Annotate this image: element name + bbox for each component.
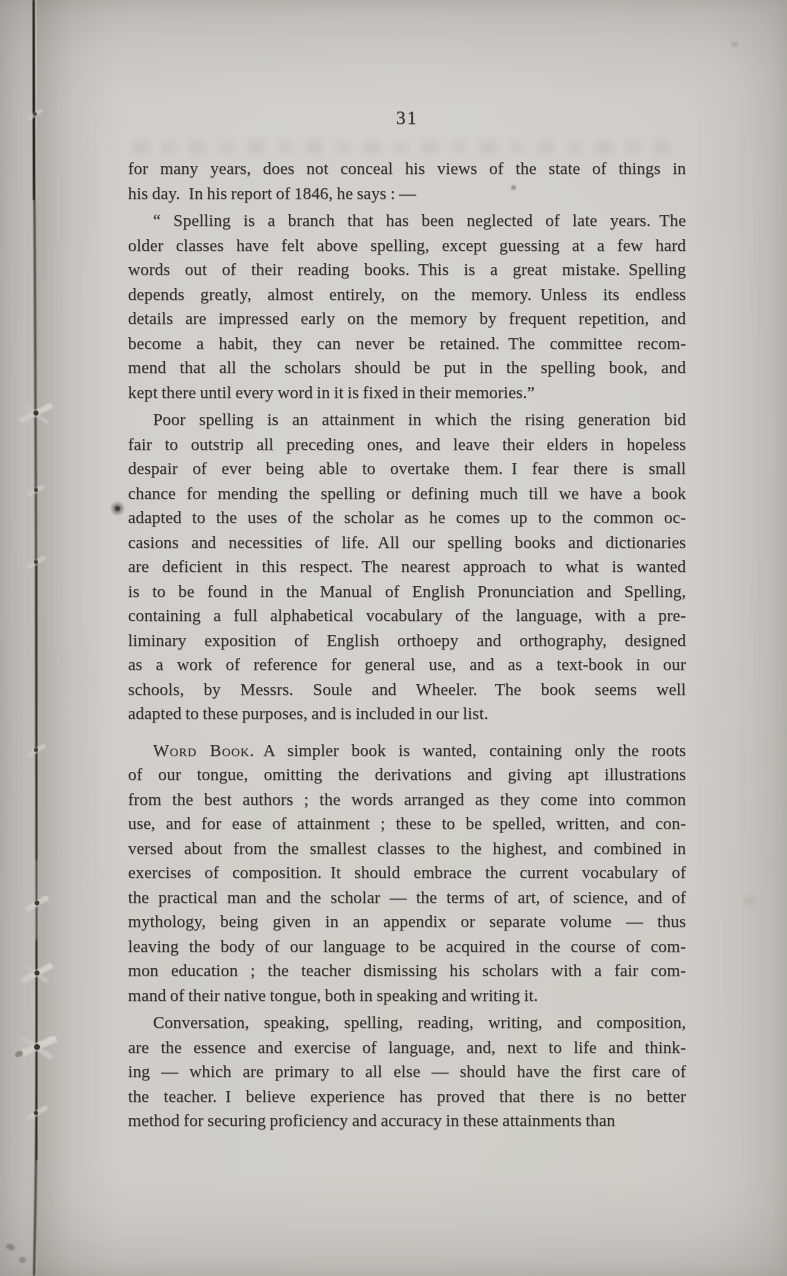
text-line: Word Book. A simpler book is wanted, con… — [128, 739, 686, 764]
text-line: are the essence and exercise of language… — [128, 1036, 686, 1061]
text-line: is to be found in the Manual of English … — [128, 580, 686, 605]
para-poor-spelling: Poor spelling is an attainment in which … — [128, 408, 686, 727]
text-line: liminary exposition of English orthoepy … — [128, 629, 686, 654]
text-line: despair of ever being able to overtake t… — [128, 457, 686, 482]
page-body: for many years, does not conceal his vie… — [128, 157, 686, 1134]
text-line: “ Spelling is a branch that has been neg… — [128, 209, 686, 234]
text-line: mon education ; the teacher dismissing h… — [128, 959, 686, 984]
text-line: details are impressed early on the memor… — [128, 307, 686, 332]
text-line: exercises of composition. It should embr… — [128, 861, 686, 886]
text-line: the teacher. I believe experience has pr… — [128, 1085, 686, 1110]
text-line: the practical man and the scholar — the … — [128, 886, 686, 911]
text-line: mend that all the scholars should be put… — [128, 356, 686, 381]
ink-speck — [731, 42, 738, 47]
text-line: mand of their native tongue, both in spe… — [128, 984, 686, 1009]
text-line: from the best authors ; the words arrang… — [128, 788, 686, 813]
text-line: schools, by Messrs. Soule and Wheeler. T… — [128, 678, 686, 703]
text-line: chance for mending the spelling or defin… — [128, 482, 686, 507]
text-line: fair to outstrip all preceding ones, and… — [128, 433, 686, 458]
text-line: as a work of reference for general use, … — [128, 653, 686, 678]
ink-showthrough — [132, 141, 672, 154]
para-conversation: Conversation, speaking, spelling, readin… — [128, 1011, 686, 1134]
text-line: mythology, being given in an appendix or… — [128, 910, 686, 935]
text-line: ing — which are primary to all else — sh… — [128, 1060, 686, 1085]
text-line: older classes have felt above spelling, … — [128, 234, 686, 259]
binding-crease-dark-low — [36, 560, 37, 860]
text-line: kept there until every word in it is fix… — [128, 381, 686, 406]
book-binding-gutter — [0, 0, 90, 1276]
binding-crease-dark-top — [33, 0, 35, 200]
paragraph-lead-smallcaps: Word Book. — [153, 741, 254, 760]
text-line: for many years, does not conceal his vie… — [128, 157, 686, 182]
ink-speck — [110, 501, 125, 516]
text-line: Conversation, speaking, spelling, readin… — [128, 1011, 686, 1036]
text-line: depends greatly, almost entirely, on the… — [128, 283, 686, 308]
para-word-book: Word Book. A simpler book is wanted, con… — [128, 739, 686, 1009]
text-line: words out of their reading books. This i… — [128, 258, 686, 283]
text-line: use, and for ease of attainment ; these … — [128, 812, 686, 837]
text-line: adapted to the uses of the scholar as he… — [128, 506, 686, 531]
text-line: adapted to these purposes, and is includ… — [128, 702, 686, 727]
paper-smudge — [744, 896, 756, 906]
text-line: versed about from the smallest classes t… — [128, 837, 686, 862]
para-continuation: for many years, does not conceal his vie… — [128, 157, 686, 206]
text-line: casions and necessities of life. All our… — [128, 531, 686, 556]
text-line: containing a full alphabetical vocabular… — [128, 604, 686, 629]
text-line: become a habit, they can never be retain… — [128, 332, 686, 357]
text-line: Poor spelling is an attainment in which … — [128, 408, 686, 433]
page-number: 31 — [128, 108, 686, 130]
text-line: are deficient in this respect. The neare… — [128, 555, 686, 580]
text-line: of our tongue, omitting the derivations … — [128, 763, 686, 788]
text-line: leaving the body of our language to be a… — [128, 935, 686, 960]
para-quoted-report: “ Spelling is a branch that has been neg… — [128, 209, 686, 405]
scanned-page: 31 for many years, does not conceal his … — [0, 0, 787, 1276]
text-line: his day. In his report of 1846, he says … — [128, 182, 686, 207]
text-line: method for securing proficiency and accu… — [128, 1109, 686, 1134]
